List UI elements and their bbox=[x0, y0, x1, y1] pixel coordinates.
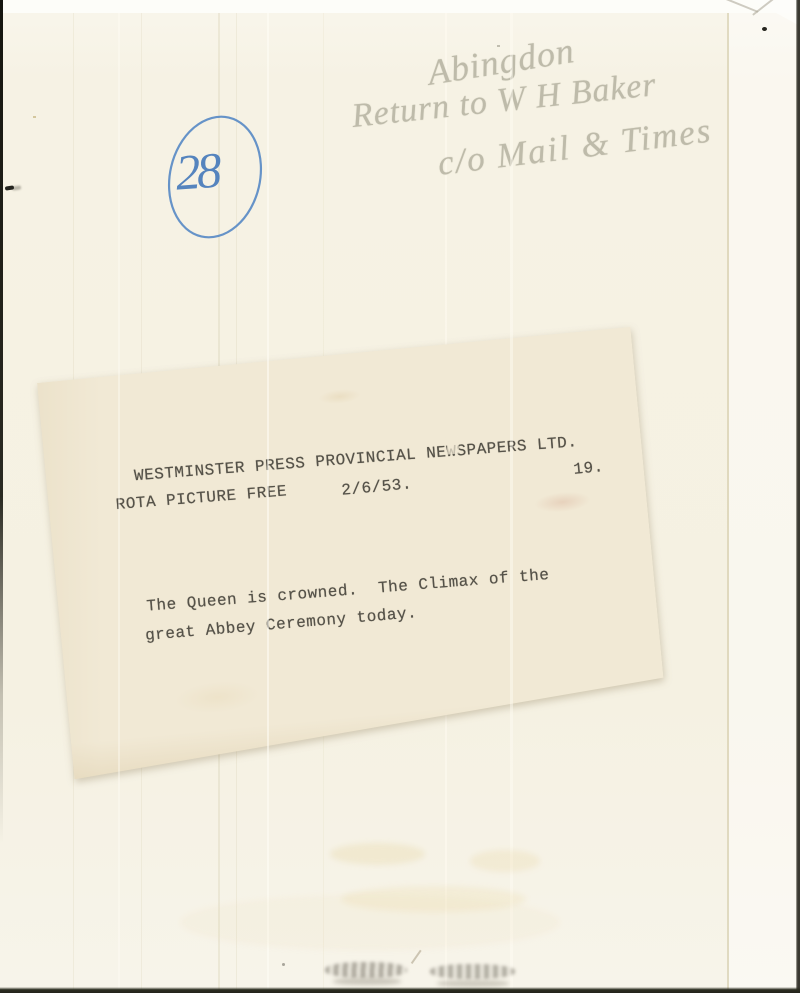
faint-smudge bbox=[333, 978, 401, 985]
faint-smudge bbox=[437, 980, 509, 987]
ink-dash bbox=[5, 185, 14, 190]
ink-dot bbox=[762, 27, 767, 31]
press-photo-back: Abingdon Return to W H Baker c/o Mail & … bbox=[0, 0, 800, 993]
scratch-mark bbox=[411, 950, 421, 964]
faded-letter-patch bbox=[446, 434, 460, 455]
caption-slip-shadow: WESTMINSTER PRESS PROVINCIAL NEWSPAPERS … bbox=[37, 383, 637, 783]
paper-speck bbox=[497, 45, 500, 47]
pencil-speck bbox=[282, 963, 285, 966]
photo-bottom-edge bbox=[0, 987, 800, 993]
slip-sheet-number: 19. bbox=[573, 458, 605, 479]
caption-slip: WESTMINSTER PRESS PROVINCIAL NEWSPAPERS … bbox=[37, 327, 668, 779]
fold-line bbox=[510, 0, 513, 993]
faint-smudge bbox=[325, 962, 407, 978]
fold-line bbox=[267, 0, 269, 993]
circled-number-mark: 28 bbox=[160, 108, 275, 248]
fold-line bbox=[118, 0, 120, 993]
stain bbox=[470, 850, 540, 872]
stain bbox=[180, 895, 560, 950]
lighter-right-region bbox=[729, 0, 796, 993]
slip-rota-label: ROTA PICTURE FREE bbox=[115, 482, 288, 514]
stain bbox=[330, 843, 425, 865]
slip-date: 2/6/53. bbox=[341, 475, 413, 500]
slip-caption-line1: The Queen is crowned. The Climax of the bbox=[146, 566, 550, 616]
photo-right-edge bbox=[796, 0, 800, 993]
faint-smudge bbox=[430, 964, 515, 979]
circled-number-text: 28 bbox=[174, 142, 224, 201]
paper-speck bbox=[33, 116, 36, 118]
photo-top-margin bbox=[0, 0, 800, 13]
photo-left-edge bbox=[0, 0, 3, 993]
